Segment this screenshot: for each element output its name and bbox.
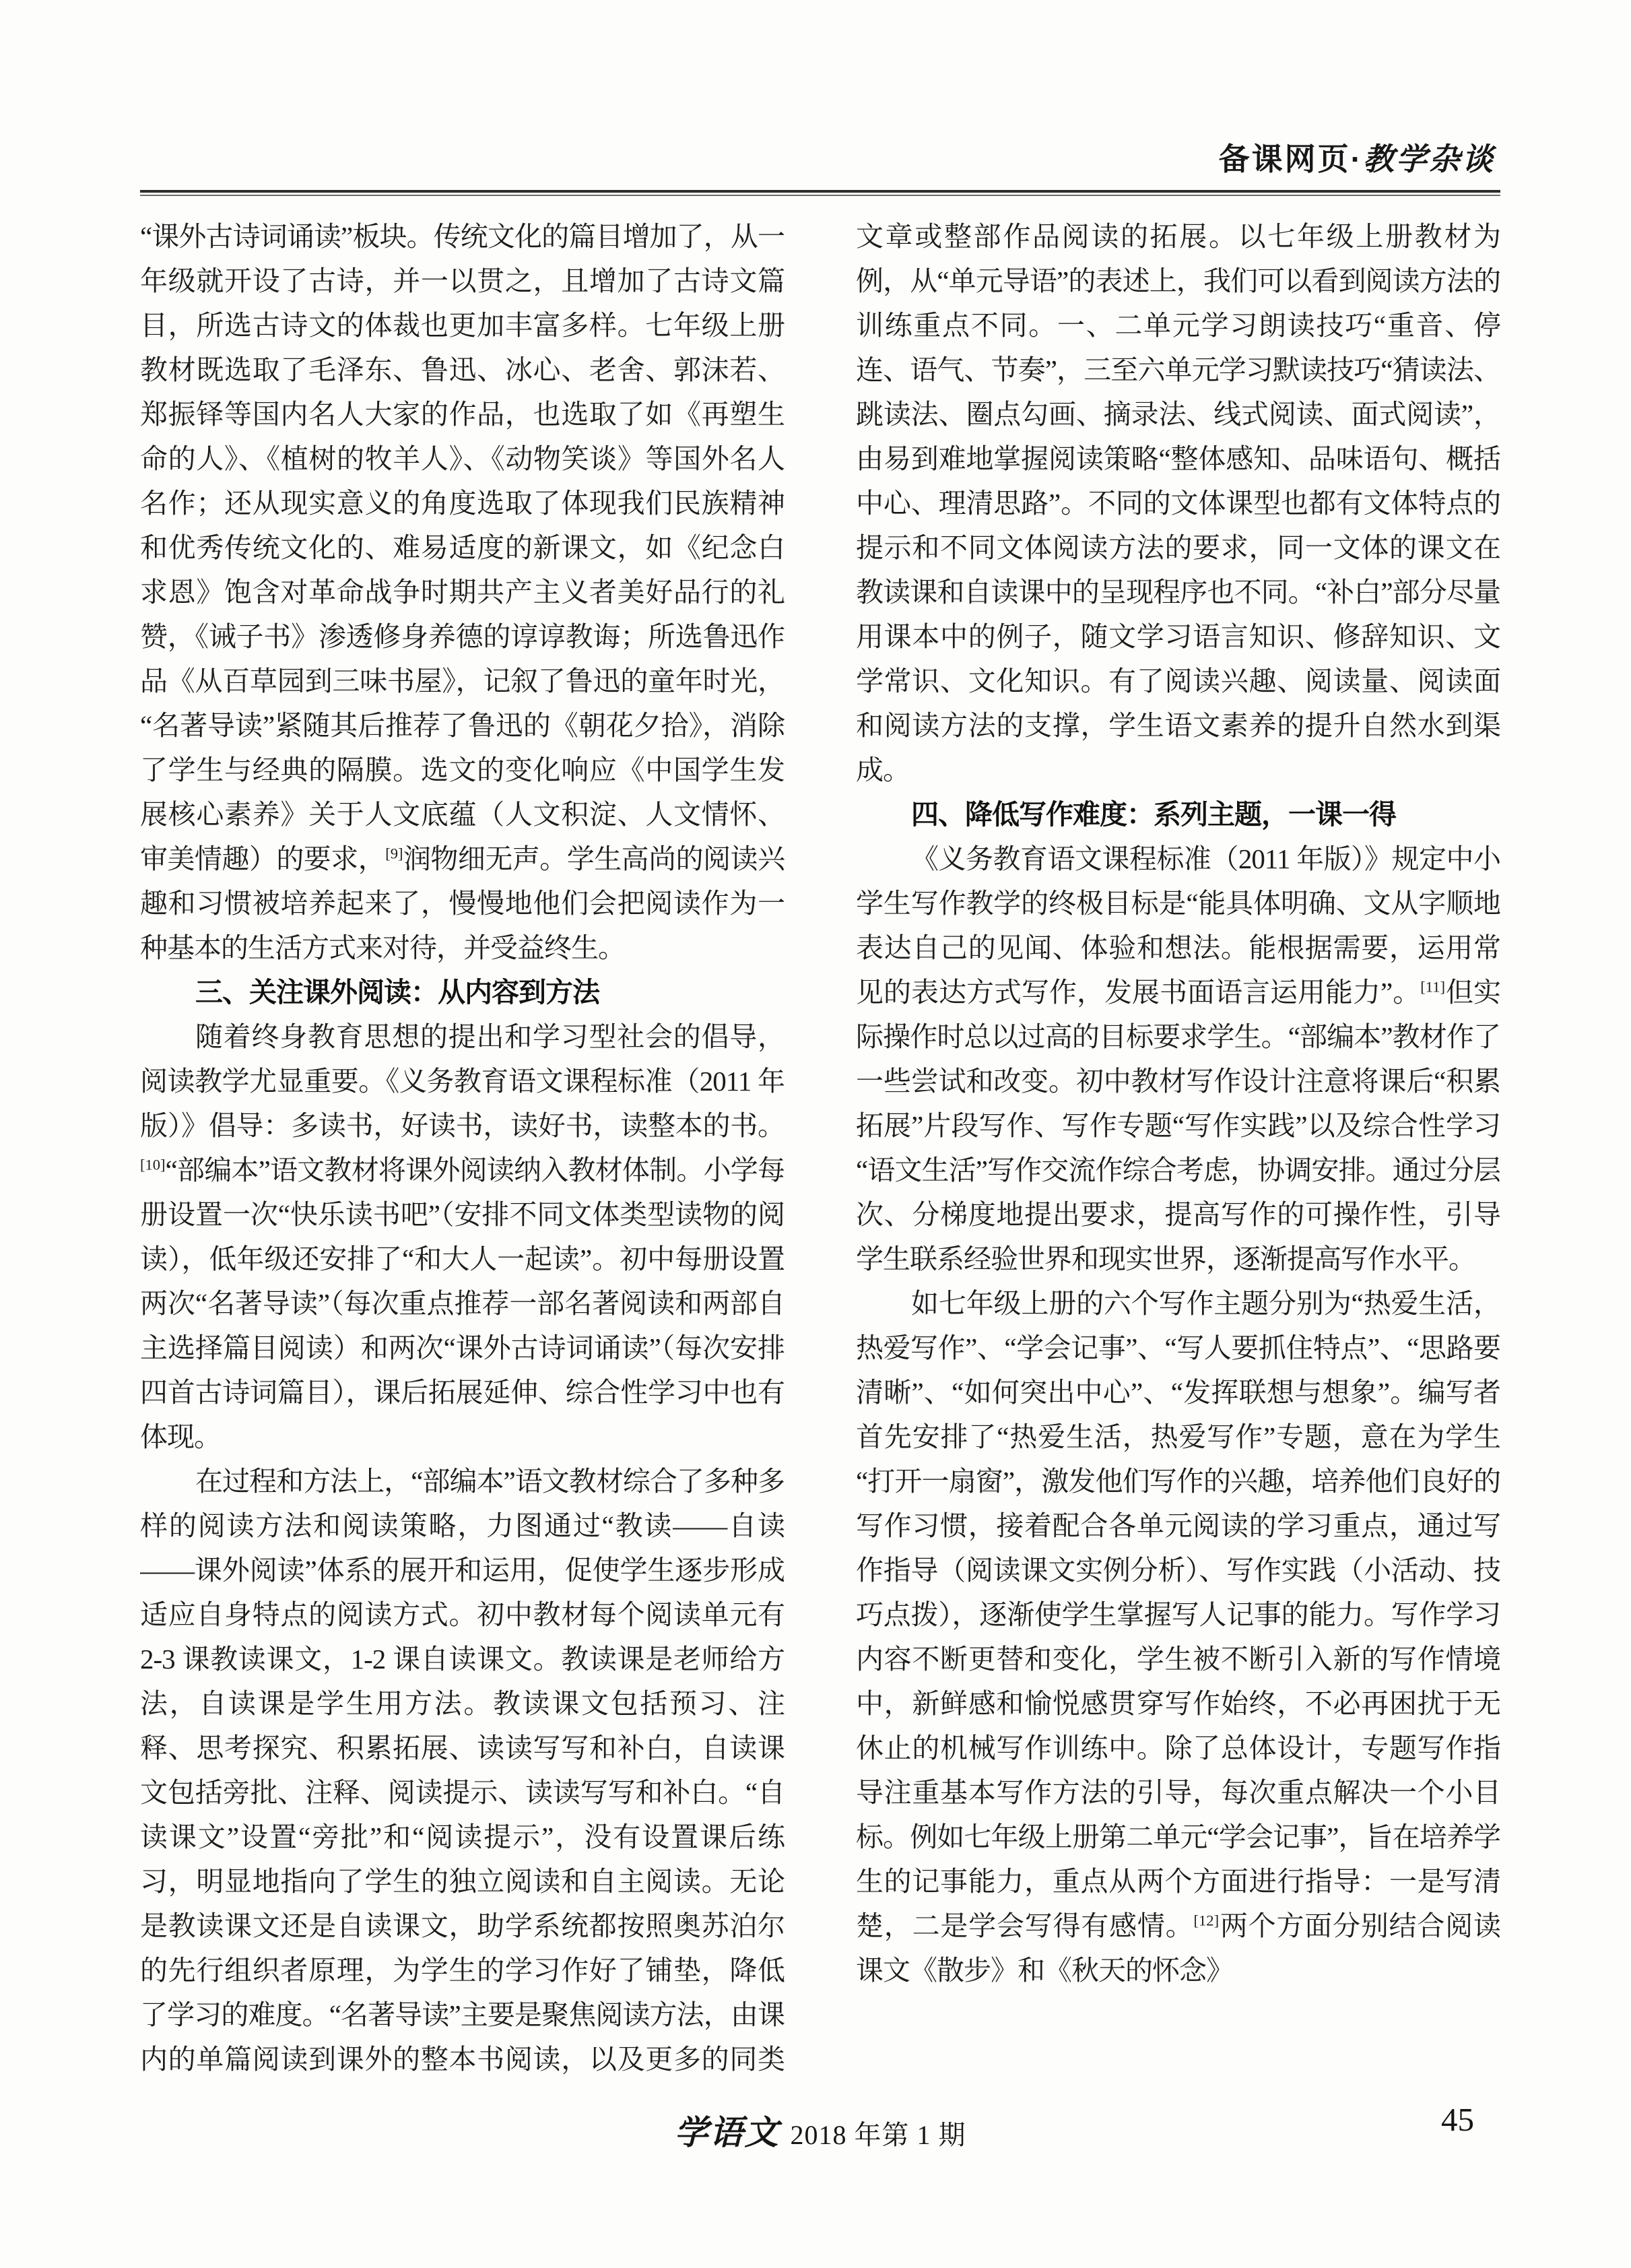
header-column-label: 备课网页 [1219, 141, 1351, 176]
journal-issue: 2018 年第 1 期 [791, 2120, 966, 2150]
journal-name: 学语文 [675, 2114, 780, 2151]
journal-page: 备课网页·教学杂谈 “课外古诗词诵读”板块。传统文化的篇目增加了，从一年级就开设… [0, 0, 1631, 2268]
header-double-rule [140, 190, 1500, 196]
header-column-sublabel: 教学杂谈 [1363, 142, 1495, 176]
paragraph-writing-themes: 如七年级上册的六个写作主题分别为“热爱生活，热爱写作”、“学会记事”、“写人要抓… [856, 1281, 1500, 1992]
section-heading-three: 三、关注课外阅读：从内容到方法 [140, 970, 785, 1014]
page-header: 备课网页·教学杂谈 [1219, 141, 1495, 177]
paragraph-extracurricular-reading: 随着终身教育思想的提出和学习型社会的倡导，阅读教学尤显重要。《义务教育语文课程标… [140, 1014, 785, 1459]
paragraph-continued-from-previous-page: “课外古诗词诵读”板块。传统文化的篇目增加了，从一年级就开设了古诗，并一以贯之，… [140, 214, 785, 970]
header-separator-dot: · [1351, 141, 1363, 176]
page-footer: 学语文2018 年第 1 期 [140, 2106, 1500, 2154]
citation-ref: [12] [1194, 1912, 1220, 1929]
paragraph-writing-standard: 《义务教育语文课程标准（2011 年版）》规定中小学生写作教学的终极目标是“能具… [856, 837, 1500, 1281]
citation-ref: [10] [140, 1156, 166, 1173]
article-body: “课外古诗词诵读”板块。传统文化的篇目增加了，从一年级就开设了古诗，并一以贯之，… [140, 214, 1500, 2100]
citation-ref: [11] [1420, 978, 1445, 995]
section-heading-four: 四、降低写作难度：系列主题，一课一得 [856, 792, 1500, 837]
citation-ref: [9] [385, 845, 403, 862]
page-number: 45 [1441, 2100, 1474, 2139]
